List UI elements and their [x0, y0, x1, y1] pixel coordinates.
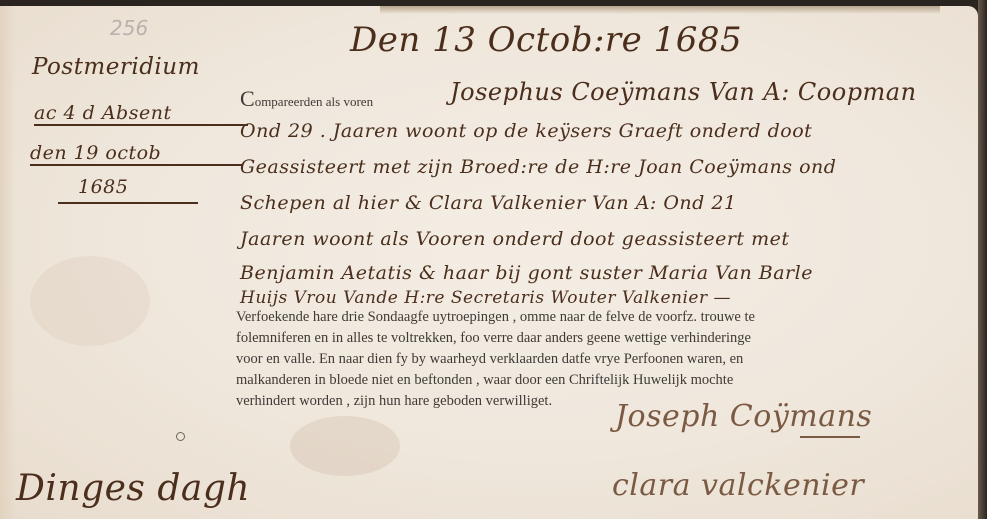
book-binding-edge: [978, 0, 987, 519]
handwritten-line-2: Ond 29 . Jaaren woont op de keÿsers Grae…: [240, 120, 812, 142]
page-top-edge: [380, 6, 940, 14]
handwritten-line-7: Huijs Vrou Vande H:re Secretaris Wouter …: [240, 288, 731, 308]
printed-line-1: Verfoekende hare drie Sondaagfe uytroepi…: [236, 309, 755, 326]
printed-line-2: folemniferen en in alles te voltrekken, …: [236, 330, 751, 347]
ink-blot: [176, 432, 185, 441]
margin-underline-2: [30, 164, 242, 166]
margin-underline-3: [58, 202, 198, 204]
printed-line-5: verhindert worden , zijn hun hare gebode…: [236, 393, 552, 410]
groom-signature: Joseph Coÿmans: [615, 399, 872, 434]
margin-footer-day: Dinges dagh: [16, 468, 250, 509]
entry-date: Den 13 Octob:re 1685: [350, 20, 742, 60]
margin-line-1: Postmeridium: [32, 54, 200, 80]
margin-line-4: 1685: [78, 176, 128, 198]
handwritten-line-3: Geassisteert met zijn Broed:re de H:re J…: [240, 156, 836, 178]
margin-line-3: den 19 octob: [30, 142, 161, 164]
paper-stain: [30, 256, 150, 346]
handwritten-line-6: Benjamin Aetatis & haar bij gont suster …: [240, 262, 813, 284]
register-page: 256 Postmeridium ac 4 d Absent den 19 oc…: [0, 6, 978, 519]
handwritten-line-5: Jaaren woont als Vooren onderd doot geas…: [240, 228, 790, 250]
signature-flourish: [800, 436, 860, 438]
ink-bleed-smudge: [290, 416, 400, 476]
printed-line-3: voor en valle. En naar dien fy by waarhe…: [236, 351, 743, 368]
margin-line-2: ac 4 d Absent: [34, 102, 172, 124]
handwritten-line-1: Josephus Coeÿmans Van A: Coopman: [450, 78, 917, 106]
printed-line-4: malkanderen in bloede niet en beftonden …: [236, 372, 733, 389]
bride-signature: clara valckenier: [612, 468, 864, 503]
printed-intro: Compareerden als voren: [240, 86, 373, 112]
margin-underline-1: [34, 124, 248, 126]
handwritten-line-4: Schepen al hier & Clara Valkenier Van A:…: [240, 192, 737, 214]
folio-number: 256: [110, 16, 148, 40]
